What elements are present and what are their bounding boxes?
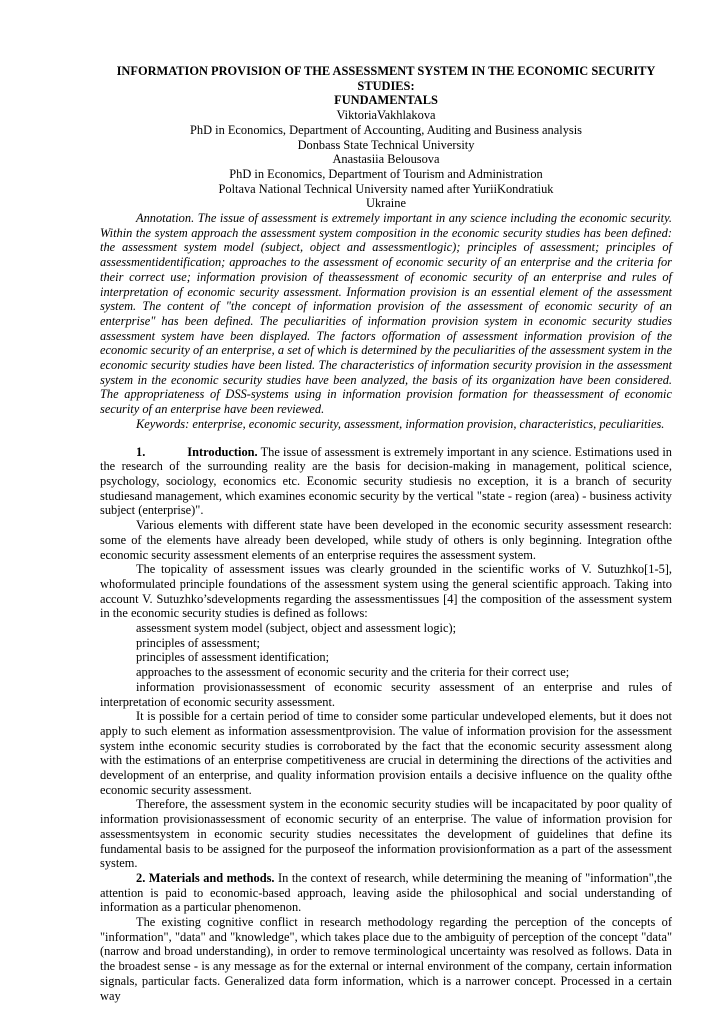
section-number: 1. — [136, 445, 145, 459]
list-item-assessment-model: assessment system model (subject, object… — [100, 621, 672, 636]
paragraph-various-elements: Various elements with different state ha… — [100, 518, 672, 562]
paragraph-text: Therefore, the assessment system in the … — [100, 797, 672, 870]
paragraph-materials-methods: 2. Materials and methods. In the context… — [100, 871, 672, 915]
list-item-information-provision: information provisionassessment of econo… — [100, 680, 672, 709]
document-page: INFORMATION PROVISION OF THE ASSESSMENT … — [0, 0, 724, 1024]
author-university: Poltava National Technical University na… — [100, 182, 672, 197]
annotation-label: Annotation. — [136, 211, 194, 225]
paragraph-text: The issue of assessment is extremely imp… — [100, 445, 672, 518]
list-item-text: principles of assessment; — [136, 636, 260, 650]
list-item-approaches: approaches to the assessment of economic… — [100, 665, 672, 680]
annotation-text: The issue of assessment is extremely imp… — [100, 211, 672, 416]
author-affiliation: PhD in Economics, Department of Accounti… — [100, 123, 672, 138]
paragraph-topicality: The topicality of assessment issues was … — [100, 562, 672, 621]
section-heading-materials-methods: 2. Materials and methods. — [136, 871, 275, 885]
list-item-text: assessment system model (subject, object… — [136, 621, 456, 635]
paragraph-introduction: 1.Introduction. The issue of assessment … — [100, 445, 672, 519]
author-university: Donbass State Technical University — [100, 138, 672, 153]
author-affiliation: PhD in Economics, Department of Tourism … — [100, 167, 672, 182]
paragraph-text: It is possible for a certain period of t… — [100, 709, 672, 797]
author-name: ViktoriaVakhlakova — [100, 108, 672, 123]
paragraph-text: The existing cognitive conflict in resea… — [100, 915, 672, 1003]
section-heading-introduction: Introduction. — [187, 445, 257, 459]
page-title-line-2: STUDIES: — [100, 79, 672, 94]
keywords-text: enterprise, economic security, assessmen… — [192, 417, 664, 431]
paragraph-it-is-possible: It is possible for a certain period of t… — [100, 709, 672, 797]
page-title-line-1: INFORMATION PROVISION OF THE ASSESSMENT … — [100, 64, 672, 79]
paragraph-text: The topicality of assessment issues was … — [100, 562, 672, 620]
paragraph-cognitive-conflict: The existing cognitive conflict in resea… — [100, 915, 672, 1003]
list-item-principles-assessment: principles of assessment; — [100, 636, 672, 651]
author-block: ViktoriaVakhlakova PhD in Economics, Dep… — [100, 108, 672, 211]
list-item-text: information provisionassessment of econo… — [100, 680, 672, 709]
keywords-paragraph: Keywords: enterprise, economic security,… — [100, 417, 672, 432]
annotation-paragraph: Annotation. The issue of assessment is e… — [100, 211, 672, 417]
keywords-label: Keywords: — [136, 417, 189, 431]
list-item-principles-identification: principles of assessment identification; — [100, 650, 672, 665]
list-item-text: principles of assessment identification; — [136, 650, 329, 664]
author-country: Ukraine — [100, 196, 672, 211]
list-item-text: approaches to the assessment of economic… — [136, 665, 569, 679]
paragraph-text: Various elements with different state ha… — [100, 518, 672, 561]
author-name: Anastasiia Belousova — [100, 152, 672, 167]
paragraph-therefore: Therefore, the assessment system in the … — [100, 797, 672, 871]
page-title: INFORMATION PROVISION OF THE ASSESSMENT … — [100, 64, 672, 108]
page-title-line-3: FUNDAMENTALS — [100, 93, 672, 108]
